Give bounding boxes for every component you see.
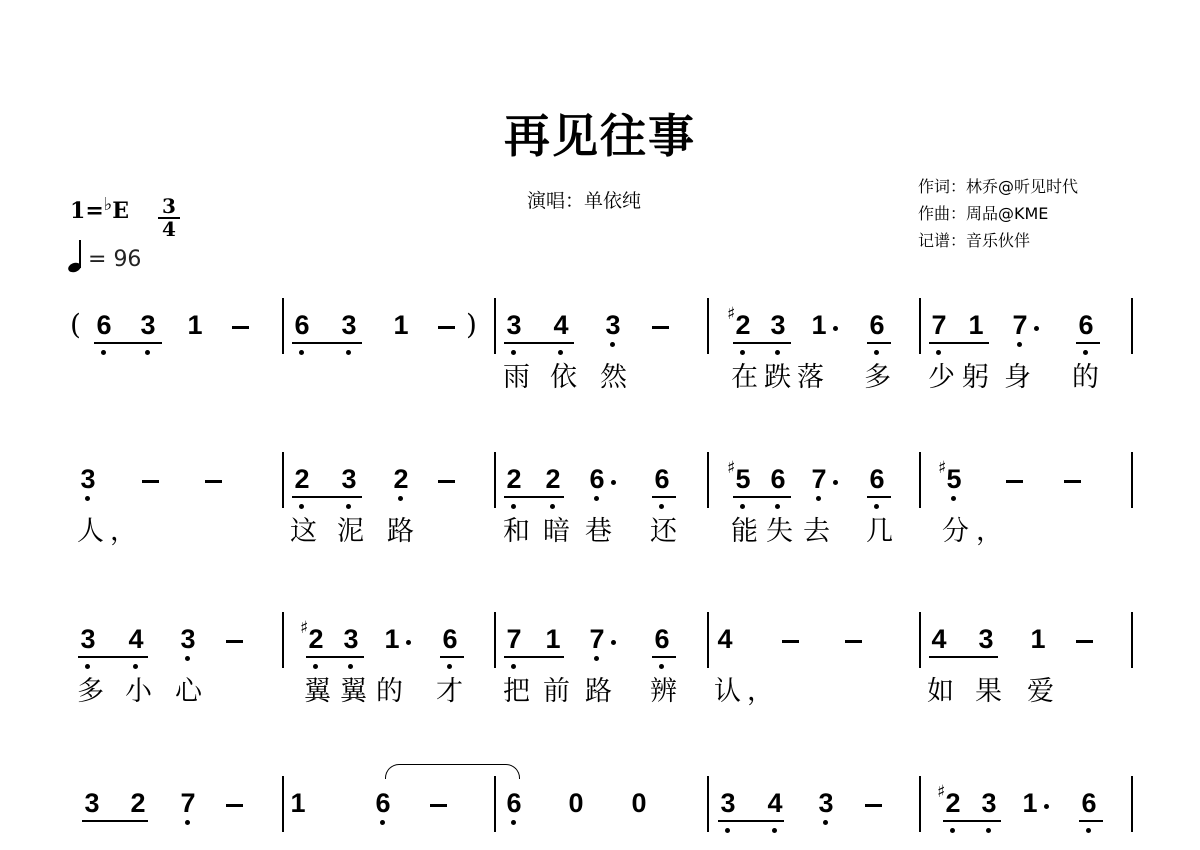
octave-dot — [772, 828, 777, 833]
beam-underline — [292, 342, 362, 344]
note-6: 6 — [650, 464, 674, 494]
lyric-char: 如 — [927, 676, 954, 708]
note-3: 3 — [76, 624, 100, 654]
note-3: 3 — [337, 464, 361, 494]
barline — [1131, 298, 1133, 354]
sharp-icon: ♯ — [938, 460, 946, 477]
beam-underline — [929, 342, 989, 344]
lyric-char: 在 — [731, 362, 758, 394]
lyric-char: 能 — [731, 516, 758, 548]
note-6: 6 — [92, 310, 116, 340]
singer-credit: 演唱：单依纯 — [527, 186, 641, 213]
augmentation-dot — [611, 640, 616, 645]
beam-underline — [292, 496, 362, 498]
note-0: 0 — [627, 788, 651, 818]
note-3: 3 — [80, 788, 104, 818]
note-4: 4 — [124, 624, 148, 654]
augmentation-dot — [1034, 326, 1039, 331]
octave-dot — [610, 342, 615, 347]
note-7: 7 — [585, 624, 609, 654]
octave-dot — [558, 350, 563, 355]
lyric-char: 小 — [125, 676, 152, 708]
note-7: 7 — [927, 310, 951, 340]
barline — [707, 452, 709, 508]
augmentation-dot — [406, 640, 411, 645]
lyric-char: 跌 — [764, 362, 791, 394]
octave-dot — [1017, 342, 1022, 347]
octave-dot — [346, 504, 351, 509]
octave-dot — [775, 350, 780, 355]
lyric-char: 的 — [1072, 362, 1099, 394]
octave-dot — [299, 350, 304, 355]
note-7: 7 — [807, 464, 831, 494]
augmentation-dot — [611, 480, 616, 485]
octave-dot — [725, 828, 730, 833]
beam-underline — [652, 496, 676, 498]
octave-dot — [740, 504, 745, 509]
octave-dot — [874, 504, 879, 509]
note-1: 1 — [1018, 788, 1042, 818]
sharp-icon: ♯ — [727, 460, 735, 477]
note-2: 2 — [389, 464, 413, 494]
barline — [494, 776, 496, 832]
octave-dot — [775, 504, 780, 509]
sharp-icon: ♯ — [727, 306, 735, 323]
beam-underline — [733, 496, 791, 498]
octave-dot — [659, 664, 664, 669]
lyric-char: 这 — [290, 516, 317, 548]
lyric-char: 泥 — [337, 516, 364, 548]
note-6: 6 — [650, 624, 674, 654]
beam-underline — [733, 342, 791, 344]
octave-dot — [659, 504, 664, 509]
note-6: 6 — [438, 624, 462, 654]
note-1: 1 — [183, 310, 207, 340]
key-equals: = — [85, 198, 103, 224]
barline — [1131, 776, 1133, 832]
octave-dot — [986, 828, 991, 833]
barline — [919, 452, 921, 508]
lyric-char: 暗 — [543, 516, 570, 548]
augmentation-dot — [833, 326, 838, 331]
note-3: 3 — [502, 310, 526, 340]
note-3: 3 — [76, 464, 100, 494]
sustain-dash — [1064, 480, 1081, 483]
note-1: 1 — [541, 624, 565, 654]
lyric-char: 少 — [928, 362, 955, 394]
beam-underline — [867, 496, 891, 498]
lyric-char: 然 — [600, 362, 627, 394]
lyric-char: 巷 — [585, 516, 612, 548]
octave-dot — [936, 350, 941, 355]
lyric-char: 才 — [436, 676, 463, 708]
quarter-note-icon — [68, 246, 82, 272]
sustain-dash — [438, 326, 455, 329]
tempo-bpm: 96 — [113, 247, 141, 272]
time-signature: 3 4 — [157, 196, 181, 240]
note-4: 4 — [763, 788, 787, 818]
sustain-dash — [1006, 480, 1023, 483]
octave-dot — [346, 350, 351, 355]
lyric-char: 认 — [714, 676, 741, 708]
sustain-dash — [142, 480, 159, 483]
sustain-dash — [782, 640, 799, 643]
octave-dot — [85, 496, 90, 501]
barline — [282, 776, 284, 832]
octave-dot — [398, 496, 403, 501]
octave-dot — [594, 496, 599, 501]
note-3: 3 — [977, 788, 1001, 818]
octave-dot — [951, 496, 956, 501]
beam-underline — [867, 342, 891, 344]
lyric-char: 多 — [77, 676, 104, 708]
flat-icon: ♭ — [104, 194, 113, 215]
lyric-char: 躬 — [962, 362, 989, 394]
note-3: 3 — [766, 310, 790, 340]
beam-underline — [1079, 820, 1103, 822]
barline — [494, 612, 496, 668]
octave-dot — [85, 664, 90, 669]
note-0: 0 — [564, 788, 588, 818]
time-numerator: 3 — [157, 196, 181, 217]
song-title: 再见往事 — [0, 100, 1200, 166]
note-6: 6 — [865, 310, 889, 340]
note-1: 1 — [286, 788, 310, 818]
note-1: 1 — [807, 310, 831, 340]
sustain-dash — [1076, 640, 1093, 643]
lyric-char: 把 — [503, 676, 530, 708]
barline — [494, 452, 496, 508]
beam-underline — [1076, 342, 1100, 344]
note-3: 3 — [716, 788, 740, 818]
lyric-char: 还 — [650, 516, 677, 548]
note-1: 1 — [380, 624, 404, 654]
barline — [707, 612, 709, 668]
barline — [494, 298, 496, 354]
beam-underline — [943, 820, 1001, 822]
note-6: 6 — [290, 310, 314, 340]
lyric-char: ， — [110, 516, 137, 548]
note-1: 1 — [1026, 624, 1050, 654]
composer-credit: 作曲：周品@KME — [918, 200, 1078, 227]
lyric-char: 身 — [1004, 362, 1031, 394]
lyric-char: 失 — [766, 516, 793, 548]
octave-dot — [1083, 350, 1088, 355]
time-denominator: 4 — [157, 219, 181, 240]
lyric-char: 雨 — [503, 362, 530, 394]
note-3: 3 — [974, 624, 998, 654]
beam-underline — [929, 656, 998, 658]
octave-dot — [145, 350, 150, 355]
octave-dot — [447, 664, 452, 669]
lyricist-credit: 作词：林乔@听见时代 — [918, 173, 1078, 200]
tie-slur — [385, 764, 520, 779]
key-note: E — [112, 198, 129, 224]
beam-underline — [440, 656, 464, 658]
lyric-char: 几 — [866, 516, 893, 548]
note-2: 2 — [502, 464, 526, 494]
tempo-equals: = — [88, 247, 106, 272]
augmentation-dot — [1044, 804, 1049, 809]
note-7: 7 — [1008, 310, 1032, 340]
octave-dot — [874, 350, 879, 355]
note-6: 6 — [371, 788, 395, 818]
parenthesis: ( — [70, 310, 81, 340]
lyric-char: 多 — [864, 362, 891, 394]
octave-dot — [816, 496, 821, 501]
lyric-char: 落 — [797, 362, 824, 394]
note-3: 3 — [337, 310, 361, 340]
beam-underline — [78, 656, 148, 658]
barline — [707, 298, 709, 354]
lyric-char: 的 — [376, 676, 403, 708]
beam-underline — [718, 820, 784, 822]
beam-underline — [82, 820, 148, 822]
barline — [919, 612, 921, 668]
barline — [282, 612, 284, 668]
octave-dot — [594, 656, 599, 661]
sustain-dash — [865, 804, 882, 807]
lyric-char: 和 — [503, 516, 530, 548]
octave-dot — [823, 820, 828, 825]
octave-dot — [511, 350, 516, 355]
sustain-dash — [226, 804, 243, 807]
lyric-char: 翼 — [304, 676, 331, 708]
note-4: 4 — [927, 624, 951, 654]
barline — [282, 298, 284, 354]
augmentation-dot — [833, 480, 838, 485]
sustain-dash — [232, 326, 249, 329]
note-6: 6 — [1077, 788, 1101, 818]
note-6: 6 — [1074, 310, 1098, 340]
barline — [1131, 452, 1133, 508]
note-4: 4 — [549, 310, 573, 340]
credits-block: 作词：林乔@听见时代 作曲：周品@KME 记谱：音乐伙伴 — [918, 173, 1078, 254]
sustain-dash — [438, 480, 455, 483]
octave-dot — [299, 504, 304, 509]
key-tonic: 1 — [70, 198, 85, 224]
note-3: 3 — [601, 310, 625, 340]
octave-dot — [348, 664, 353, 669]
lyric-char: 路 — [585, 676, 612, 708]
octave-dot — [550, 504, 555, 509]
octave-dot — [133, 664, 138, 669]
tempo-marking: = 96 — [68, 246, 141, 272]
lyric-char: 果 — [975, 676, 1002, 708]
note-4: 4 — [713, 624, 737, 654]
octave-dot — [511, 504, 516, 509]
note-6: 6 — [585, 464, 609, 494]
note-3: 3 — [339, 624, 363, 654]
lyric-char: 前 — [543, 676, 570, 708]
note-6: 6 — [502, 788, 526, 818]
lyric-char: 路 — [387, 516, 414, 548]
key-signature: 1=♭E — [70, 198, 129, 224]
beam-underline — [94, 342, 162, 344]
lyric-char: 去 — [803, 516, 830, 548]
barline — [282, 452, 284, 508]
note-6: 6 — [865, 464, 889, 494]
note-7: 7 — [502, 624, 526, 654]
barline — [1131, 612, 1133, 668]
octave-dot — [313, 664, 318, 669]
lyric-char: 翼 — [340, 676, 367, 708]
lyric-char: 分 — [942, 516, 969, 548]
beam-underline — [504, 656, 564, 658]
note-6: 6 — [766, 464, 790, 494]
note-2: 2 — [541, 464, 565, 494]
sharp-icon: ♯ — [300, 620, 308, 637]
lyric-char: ， — [747, 676, 774, 708]
sharp-icon: ♯ — [937, 784, 945, 801]
parenthesis: ) — [466, 310, 477, 340]
note-3: 3 — [814, 788, 838, 818]
note-2: 2 — [290, 464, 314, 494]
transcriber-credit: 记谱：音乐伙伴 — [918, 227, 1078, 254]
octave-dot — [101, 350, 106, 355]
octave-dot — [380, 820, 385, 825]
note-3: 3 — [136, 310, 160, 340]
octave-dot — [950, 828, 955, 833]
lyric-char: 辨 — [650, 676, 677, 708]
sustain-dash — [652, 326, 669, 329]
beam-underline — [504, 342, 574, 344]
sustain-dash — [205, 480, 222, 483]
lyric-char: 爱 — [1027, 676, 1054, 708]
note-2: 2 — [126, 788, 150, 818]
lyric-char: 人 — [77, 516, 104, 548]
barline — [919, 298, 921, 354]
octave-dot — [1086, 828, 1091, 833]
note-1: 1 — [964, 310, 988, 340]
lyric-char: 依 — [550, 362, 577, 394]
octave-dot — [511, 820, 516, 825]
sustain-dash — [845, 640, 862, 643]
octave-dot — [740, 350, 745, 355]
barline — [707, 776, 709, 832]
octave-dot — [511, 664, 516, 669]
beam-underline — [306, 656, 364, 658]
beam-underline — [652, 656, 676, 658]
sustain-dash — [430, 804, 447, 807]
octave-dot — [185, 820, 190, 825]
note-7: 7 — [176, 788, 200, 818]
lyric-char: 心 — [175, 676, 202, 708]
note-1: 1 — [389, 310, 413, 340]
octave-dot — [185, 656, 190, 661]
barline — [919, 776, 921, 832]
beam-underline — [504, 496, 564, 498]
sustain-dash — [226, 640, 243, 643]
lyric-char: ， — [976, 516, 1003, 548]
note-3: 3 — [176, 624, 200, 654]
